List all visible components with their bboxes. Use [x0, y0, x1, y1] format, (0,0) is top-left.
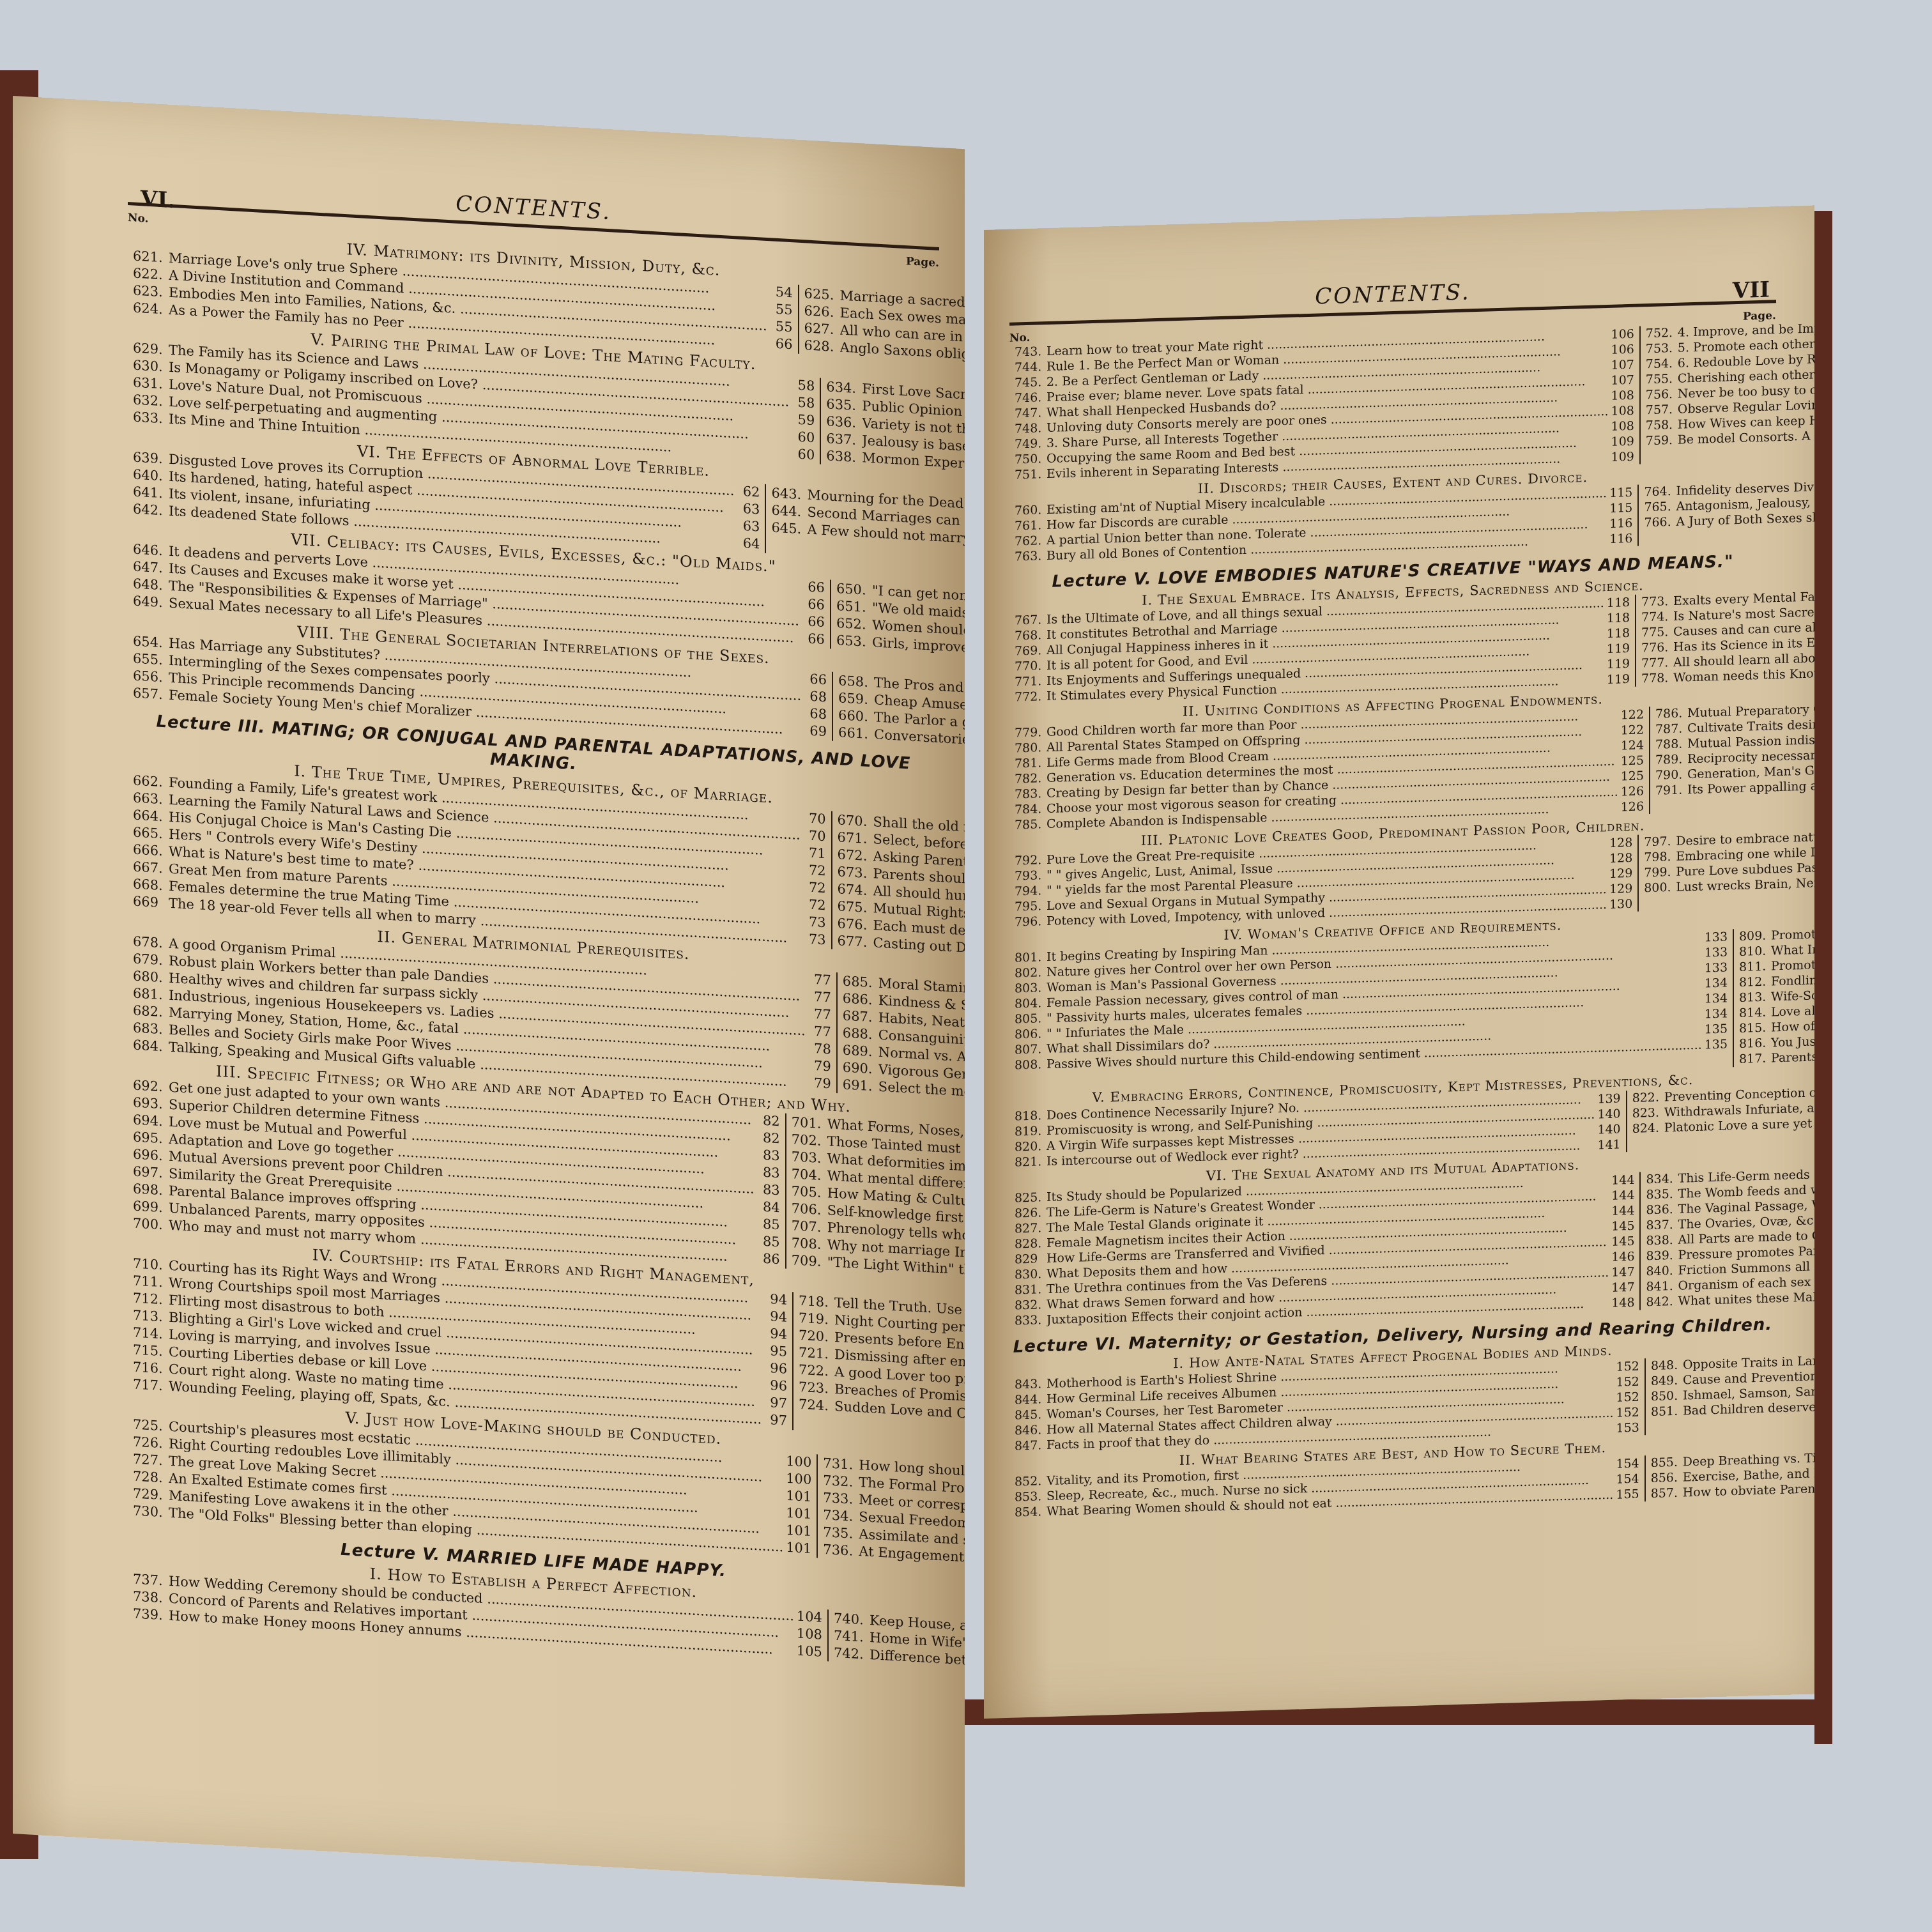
entry-page: 79: [806, 1057, 831, 1075]
entry-number: 684.: [133, 1037, 169, 1056]
entry-number: 679.: [133, 951, 169, 970]
entry-page: 101: [783, 1538, 811, 1557]
entry-page: 66: [767, 335, 793, 353]
entry-number: 651.: [836, 597, 872, 617]
entry-page: 96: [762, 1360, 787, 1378]
entry-page: 126: [1618, 783, 1644, 799]
entry-page: 107: [1609, 357, 1634, 373]
entry-number: 797.: [1644, 834, 1676, 850]
entry-number: 623.: [133, 282, 169, 302]
entry-number: 734.: [823, 1506, 859, 1526]
entry-number: 657.: [133, 685, 169, 704]
entry-number: 706.: [792, 1200, 827, 1219]
entry-page: 101: [783, 1521, 811, 1540]
toc-column-left: 825.Its Study should be Popularized14482…: [1009, 1172, 1641, 1328]
entry-number: 690.: [843, 1059, 878, 1078]
entry-number: 700.: [133, 1215, 169, 1234]
entry-page: 152: [1614, 1405, 1639, 1421]
entry-page: 83: [755, 1146, 780, 1165]
toc-column-left: 801.It begins Creating by Inspiring Man1…: [1009, 929, 1734, 1089]
entry-number: 821.: [1015, 1154, 1046, 1170]
entry-page: 115: [1607, 500, 1632, 516]
entry-page: 106: [1609, 342, 1634, 358]
entry-number: 806.: [1015, 1026, 1046, 1042]
entry-page: 73: [801, 930, 826, 949]
entry-page: 146: [1609, 1249, 1634, 1265]
entry-number: 667.: [133, 859, 169, 878]
entry-number: 772.: [1015, 689, 1046, 705]
entry-page: 135: [1702, 1036, 1728, 1052]
entry-page: 83: [755, 1163, 780, 1182]
entry-number: 849.: [1651, 1373, 1683, 1389]
entry-number: 761.: [1015, 517, 1046, 533]
entry-page: 68: [801, 687, 827, 706]
entry-page: 119: [1604, 671, 1630, 687]
entry-number: 845.: [1015, 1407, 1046, 1423]
entry-number: 675.: [838, 898, 873, 917]
entry-page: 83: [755, 1181, 780, 1199]
entry-page: 145: [1609, 1234, 1634, 1250]
entry-number: 810.: [1739, 943, 1771, 959]
entry-number: 756.: [1646, 387, 1678, 402]
entry-number: 778.: [1641, 670, 1673, 686]
entry-page: 108: [1609, 388, 1634, 404]
entry-number: 723.: [799, 1379, 834, 1398]
entry-number: 827.: [1015, 1220, 1046, 1236]
entry-page: 144: [1609, 1172, 1634, 1188]
col-label-no: No.: [1009, 332, 1031, 345]
entry-page: 147: [1609, 1280, 1634, 1296]
entry-number: 746.: [1015, 390, 1046, 406]
entry-number: 832.: [1015, 1297, 1046, 1313]
entry-page: 72: [801, 878, 826, 897]
entry-page: 152: [1614, 1374, 1639, 1390]
entry-number: 733.: [823, 1489, 859, 1508]
entry-number: 725.: [133, 1416, 169, 1436]
entry-number: 818.: [1015, 1108, 1046, 1124]
entry-number: 654.: [133, 633, 169, 652]
entry-number: 833.: [1015, 1312, 1046, 1328]
entry-number: 824.: [1632, 1120, 1664, 1136]
entry-number: 814.: [1739, 1004, 1771, 1020]
entry-page: 116: [1607, 531, 1632, 547]
entry-number: 744.: [1015, 359, 1046, 375]
entry-page: 130: [1607, 896, 1632, 912]
entry-number: 624.: [133, 300, 169, 319]
entry-number: 729.: [133, 1485, 169, 1505]
entry-page: 129: [1607, 881, 1632, 897]
entry-number: 661.: [838, 724, 874, 743]
entry-page: 109: [1609, 449, 1634, 465]
entry-number: 758.: [1646, 417, 1678, 433]
entry-number: 805.: [1015, 1011, 1046, 1027]
entry-page: 94: [762, 1325, 787, 1344]
entry-number: 669: [133, 893, 169, 912]
entry-number: 659.: [838, 689, 874, 709]
entry-page: 119: [1604, 641, 1630, 657]
entry-number: 621.: [133, 248, 169, 267]
entry-number: 781.: [1015, 755, 1046, 771]
entry-number: 752.: [1646, 325, 1678, 341]
entry-number: 718.: [799, 1292, 834, 1312]
entry-number: 681.: [133, 985, 169, 1004]
entry-number: 701.: [792, 1114, 827, 1133]
entry-page: 85: [755, 1232, 780, 1251]
entry-number: 642.: [133, 501, 169, 520]
entry-page: 60: [789, 428, 815, 447]
entry-number: 634.: [826, 378, 862, 397]
entry-number: 735.: [823, 1524, 859, 1543]
toc-column-right: 809.Promoting Health Promotes Passion136…: [1734, 910, 1814, 1067]
entry-number: 829: [1015, 1251, 1046, 1267]
entry-number: 836.: [1646, 1202, 1678, 1218]
entry-number: 663.: [133, 790, 169, 809]
entry-number: 751.: [1015, 466, 1046, 482]
entry-number: 693.: [133, 1094, 169, 1114]
entry-number: 658.: [838, 672, 874, 691]
entry-page: 118: [1604, 625, 1630, 641]
entry-number: 750.: [1015, 451, 1046, 467]
entry-number: 817.: [1739, 1050, 1771, 1066]
entry-number: 703.: [792, 1148, 827, 1167]
entry-number: 774.: [1641, 609, 1673, 625]
entry-page: 77: [806, 988, 831, 1006]
entry-number: 789.: [1655, 751, 1687, 767]
entry-number: 720.: [799, 1327, 834, 1346]
entry-number: 820.: [1015, 1138, 1046, 1154]
entry-number: 711.: [133, 1273, 169, 1292]
toc-column-right: 834.This Life-Germ needs a warm receptiv…: [1641, 1153, 1814, 1310]
entry-page: 66: [799, 630, 825, 648]
entry-page: 66: [801, 670, 827, 689]
entry-number: 764.: [1644, 484, 1676, 500]
entry-number: 828.: [1015, 1236, 1046, 1252]
entry-title: Promoting Health Promotes Passion: [1771, 911, 1814, 944]
entry-number: 691.: [843, 1077, 878, 1096]
entry-number: 787.: [1655, 721, 1687, 737]
entry-number: 704.: [792, 1165, 827, 1184]
entry-page: 126: [1618, 799, 1644, 815]
entry-number: 802.: [1015, 965, 1046, 981]
entry-number: 788.: [1655, 736, 1687, 752]
entry-page: 108: [1609, 403, 1634, 419]
entry-number: 662.: [133, 772, 169, 792]
entry-number: 682.: [133, 1002, 169, 1022]
entry-number: 762.: [1015, 533, 1046, 549]
entry-number: 771.: [1015, 673, 1046, 689]
entry-number: 686.: [843, 990, 878, 1009]
entry-number: 815.: [1739, 1020, 1771, 1036]
entry-page: 133: [1702, 929, 1728, 945]
entry-number: 770.: [1015, 658, 1046, 674]
entry-number: 699.: [133, 1198, 169, 1217]
entry-number: 695.: [133, 1129, 169, 1148]
entry-number: 854.: [1015, 1504, 1046, 1520]
entry-number: 831.: [1015, 1282, 1046, 1298]
entry-number: 779.: [1015, 724, 1046, 740]
entry-page: 59: [789, 411, 815, 429]
entry-number: 794.: [1015, 883, 1046, 899]
entry-page: 148: [1609, 1295, 1634, 1311]
entry-page: 96: [762, 1377, 787, 1395]
entry-number: 743.: [1015, 344, 1046, 360]
toc-column-right: 786.Mutual Preparatory Caress necessary1…: [1650, 688, 1814, 814]
entry-number: 648.: [133, 576, 169, 595]
entry-page: 118: [1604, 595, 1630, 611]
entry-number: 652.: [836, 615, 872, 634]
entry-page: 100: [783, 1469, 811, 1488]
entry-number: 790.: [1655, 767, 1687, 783]
entry-number: 773.: [1641, 594, 1673, 609]
entry-number: 851.: [1651, 1404, 1683, 1420]
entry-page: 55: [767, 300, 793, 319]
entry-page: 58: [789, 394, 815, 412]
entry-page: 64: [734, 534, 760, 553]
entry-page: 101: [783, 1504, 811, 1522]
entry-number: 639.: [133, 449, 169, 468]
entry-page: 118: [1604, 610, 1630, 626]
entry-number: 641.: [133, 484, 169, 503]
entry-number: 713.: [133, 1307, 169, 1326]
entry-number: 653.: [836, 632, 872, 651]
entry-number: 739.: [133, 1606, 169, 1625]
entry-number: 670.: [838, 811, 873, 831]
entry-number: 835.: [1646, 1186, 1678, 1202]
entry-page: 73: [801, 913, 826, 931]
entry-number: 635.: [826, 395, 862, 415]
entry-number: 737.: [133, 1571, 169, 1590]
entry-page: 79: [806, 1074, 831, 1092]
entry-number: 640.: [133, 466, 169, 486]
entry-page: 140: [1595, 1121, 1620, 1137]
entry-number: 736.: [823, 1541, 859, 1560]
entry-number: 803.: [1015, 980, 1046, 996]
entry-number: 843.: [1015, 1376, 1046, 1392]
toc-sections: IV. Matrimony: its Divinity, Mission, Du…: [128, 228, 939, 1667]
entry-number: 702.: [792, 1131, 827, 1150]
col-label-page: Page.: [906, 255, 939, 270]
entry-page: 144: [1609, 1188, 1634, 1204]
entry-number: 622.: [133, 265, 169, 284]
toc-column-right: 752.4. Improve, and be Improved by, each…: [1641, 307, 1814, 464]
entry-number: 795.: [1015, 898, 1046, 914]
right-page-content: CONTENTS. No. Page. 743.Learn how to tre…: [984, 205, 1814, 1719]
entry-number: 769.: [1015, 643, 1046, 659]
entry-page: 129: [1607, 866, 1632, 882]
toc-two-column-grid: 801.It begins Creating by Inspiring Man1…: [1009, 928, 1776, 1089]
entry-number: 674.: [838, 880, 873, 900]
entry-page: 77: [806, 1022, 831, 1041]
entry-number: 647.: [133, 558, 169, 578]
entry-page: 82: [755, 1129, 780, 1147]
entry-number: 777.: [1641, 655, 1673, 671]
entry-number: 856.: [1651, 1470, 1683, 1486]
entry-page: 108: [794, 1625, 822, 1643]
entry-page: 145: [1609, 1218, 1634, 1234]
entry-page: 140: [1595, 1106, 1620, 1122]
entry-number: 776.: [1641, 640, 1673, 655]
entry-page: 58: [789, 376, 815, 395]
entry-number: 741.: [834, 1627, 870, 1646]
book-cover-right-edge: [1814, 211, 1832, 1744]
entry-number: 721.: [799, 1344, 834, 1363]
entry-number: 732.: [823, 1472, 859, 1491]
toc-two-column-grid: 825.Its Study should be Popularized14482…: [1009, 1168, 1776, 1329]
entry-number: 780.: [1015, 740, 1046, 756]
entry-number: 830.: [1015, 1266, 1046, 1282]
entry-number: 847.: [1015, 1437, 1046, 1453]
entry-number: 655.: [133, 650, 169, 670]
entry-page: 77: [806, 970, 831, 989]
entry-page: 94: [762, 1291, 787, 1309]
entry-number: 666.: [133, 841, 169, 861]
entry-number: 799.: [1644, 864, 1676, 880]
entry-page: 134: [1702, 990, 1728, 1006]
entry-page: 134: [1702, 1006, 1728, 1022]
entry-number: 745.: [1015, 374, 1046, 390]
entry-number: 656.: [133, 668, 169, 687]
toc-column-right: 740.Keep House, and get up your own Home…: [829, 1609, 965, 1699]
entry-number: 633.: [133, 409, 169, 428]
entry-number: 749.: [1015, 436, 1046, 452]
entry-number: 636.: [826, 413, 862, 432]
entry-number: 768.: [1015, 627, 1046, 643]
entry-number: 664.: [133, 807, 169, 826]
entry-page: 95: [762, 1342, 787, 1361]
toc-entry: 742.Difference between Concord and Disco…: [834, 1644, 965, 1699]
entry-page: 125: [1618, 753, 1644, 769]
toc-column-right: 773.Exalts every Mental Faculty120774.Is…: [1636, 577, 1814, 686]
entry-page: 107: [1609, 372, 1634, 388]
entry-page: 154: [1613, 1471, 1639, 1487]
toc-two-column-grid: 779.Good Children worth far more than Po…: [1009, 703, 1776, 833]
entry-page: 133: [1702, 960, 1728, 976]
entry-number: 689.: [843, 1042, 878, 1061]
entry-number: 628.: [804, 337, 840, 356]
entry-number: 665.: [133, 824, 169, 843]
entry-number: 796.: [1015, 914, 1046, 930]
entry-number: 694.: [133, 1112, 169, 1131]
entry-number: 742.: [834, 1644, 870, 1664]
entry-number: 708.: [792, 1234, 827, 1253]
entry-number: 697.: [133, 1163, 169, 1183]
entry-number: 685.: [843, 973, 878, 992]
entry-number: 812.: [1739, 974, 1771, 990]
entry-page: 124: [1618, 737, 1644, 753]
entry-number: 783.: [1015, 786, 1046, 802]
entry-number: 850.: [1651, 1388, 1683, 1404]
entry-number: 637.: [826, 430, 862, 449]
entry-page: 60: [789, 445, 815, 464]
entry-number: 678.: [133, 933, 169, 953]
entry-number: 630.: [133, 357, 169, 376]
entry-number: 798.: [1644, 849, 1676, 865]
entry-number: 819.: [1015, 1123, 1046, 1139]
entry-number: 724.: [799, 1396, 834, 1415]
entry-number: 765.: [1644, 499, 1676, 515]
entry-number: 759.: [1646, 433, 1678, 448]
entry-number: 705.: [792, 1183, 827, 1202]
running-head-left: CONTENTS.: [128, 172, 939, 243]
entry-page: 116: [1607, 516, 1632, 532]
entry-number: 625.: [804, 285, 840, 304]
entry-page: 94: [762, 1308, 787, 1326]
entry-number: 731.: [823, 1455, 859, 1474]
entry-number: 838.: [1646, 1232, 1678, 1248]
entry-page: 128: [1607, 850, 1632, 866]
entry-page: 97: [762, 1411, 787, 1430]
entry-page: 133: [1702, 944, 1728, 960]
entry-number: 680.: [133, 968, 169, 987]
entry-number: 707.: [792, 1217, 827, 1236]
entry-number: 715.: [133, 1342, 169, 1361]
entry-number: 728.: [133, 1468, 169, 1487]
entry-number: 710.: [133, 1255, 169, 1275]
entry-page: 155: [1613, 1487, 1639, 1503]
entry-number: 753.: [1646, 341, 1678, 356]
entry-number: 668.: [133, 876, 169, 895]
entry-number: 826.: [1015, 1205, 1046, 1221]
entry-page: 68: [801, 705, 827, 723]
entry-page: 152: [1614, 1359, 1639, 1375]
entry-number: 840.: [1646, 1263, 1678, 1279]
entry-page: 122: [1618, 707, 1644, 723]
entry-number: 825.: [1015, 1190, 1046, 1206]
entry-number: 857.: [1651, 1485, 1683, 1501]
entry-number: 714.: [133, 1324, 169, 1344]
entry-number: 726.: [133, 1434, 169, 1453]
entry-number: 813.: [1739, 989, 1771, 1005]
entry-page: 77: [806, 1005, 831, 1023]
entry-number: 763.: [1015, 548, 1046, 564]
entry-page: 70: [801, 809, 826, 828]
entry-number: 688.: [843, 1025, 878, 1044]
entry-title: Difference between Concord and Discord: [870, 1646, 965, 1698]
entry-page: 84: [755, 1198, 780, 1216]
entry-number: 717.: [133, 1376, 169, 1395]
entry-number: 775.: [1641, 624, 1673, 640]
entry-page: 135: [1702, 1021, 1728, 1037]
entry-number: 807.: [1015, 1041, 1046, 1057]
entry-page: 147: [1609, 1264, 1634, 1280]
entry-number: 632.: [133, 392, 169, 411]
entry-number: 793.: [1015, 868, 1046, 884]
entry-number: 747.: [1015, 405, 1046, 421]
entry-number: 629.: [133, 340, 169, 359]
entry-page: 105: [794, 1642, 822, 1660]
entry-page: 62: [734, 482, 760, 501]
entry-page: 82: [755, 1112, 780, 1130]
entry-number: 782.: [1015, 770, 1046, 786]
entry-number: 757.: [1646, 402, 1678, 418]
entry-page: 86: [755, 1250, 780, 1268]
entry-number: 643.: [771, 484, 807, 503]
entry-page: 72: [801, 861, 826, 880]
entry-page: 63: [734, 517, 760, 535]
entry-number: 644.: [771, 502, 807, 521]
entry-number: 853.: [1015, 1489, 1046, 1505]
entry-number: 627.: [804, 319, 840, 339]
entry-number: 716.: [133, 1359, 169, 1378]
entry-page: 122: [1618, 722, 1644, 738]
entry-number: 696.: [133, 1146, 169, 1165]
entry-number: 730.: [133, 1503, 169, 1522]
entry-number: 792.: [1015, 852, 1046, 868]
col-label-no: No.: [128, 211, 149, 226]
left-page: VI. CONTENTS. No. Page. IV. Matrimony: i…: [13, 96, 965, 1887]
entry-number: 809.: [1739, 928, 1771, 944]
entry-page: 134: [1702, 975, 1728, 991]
